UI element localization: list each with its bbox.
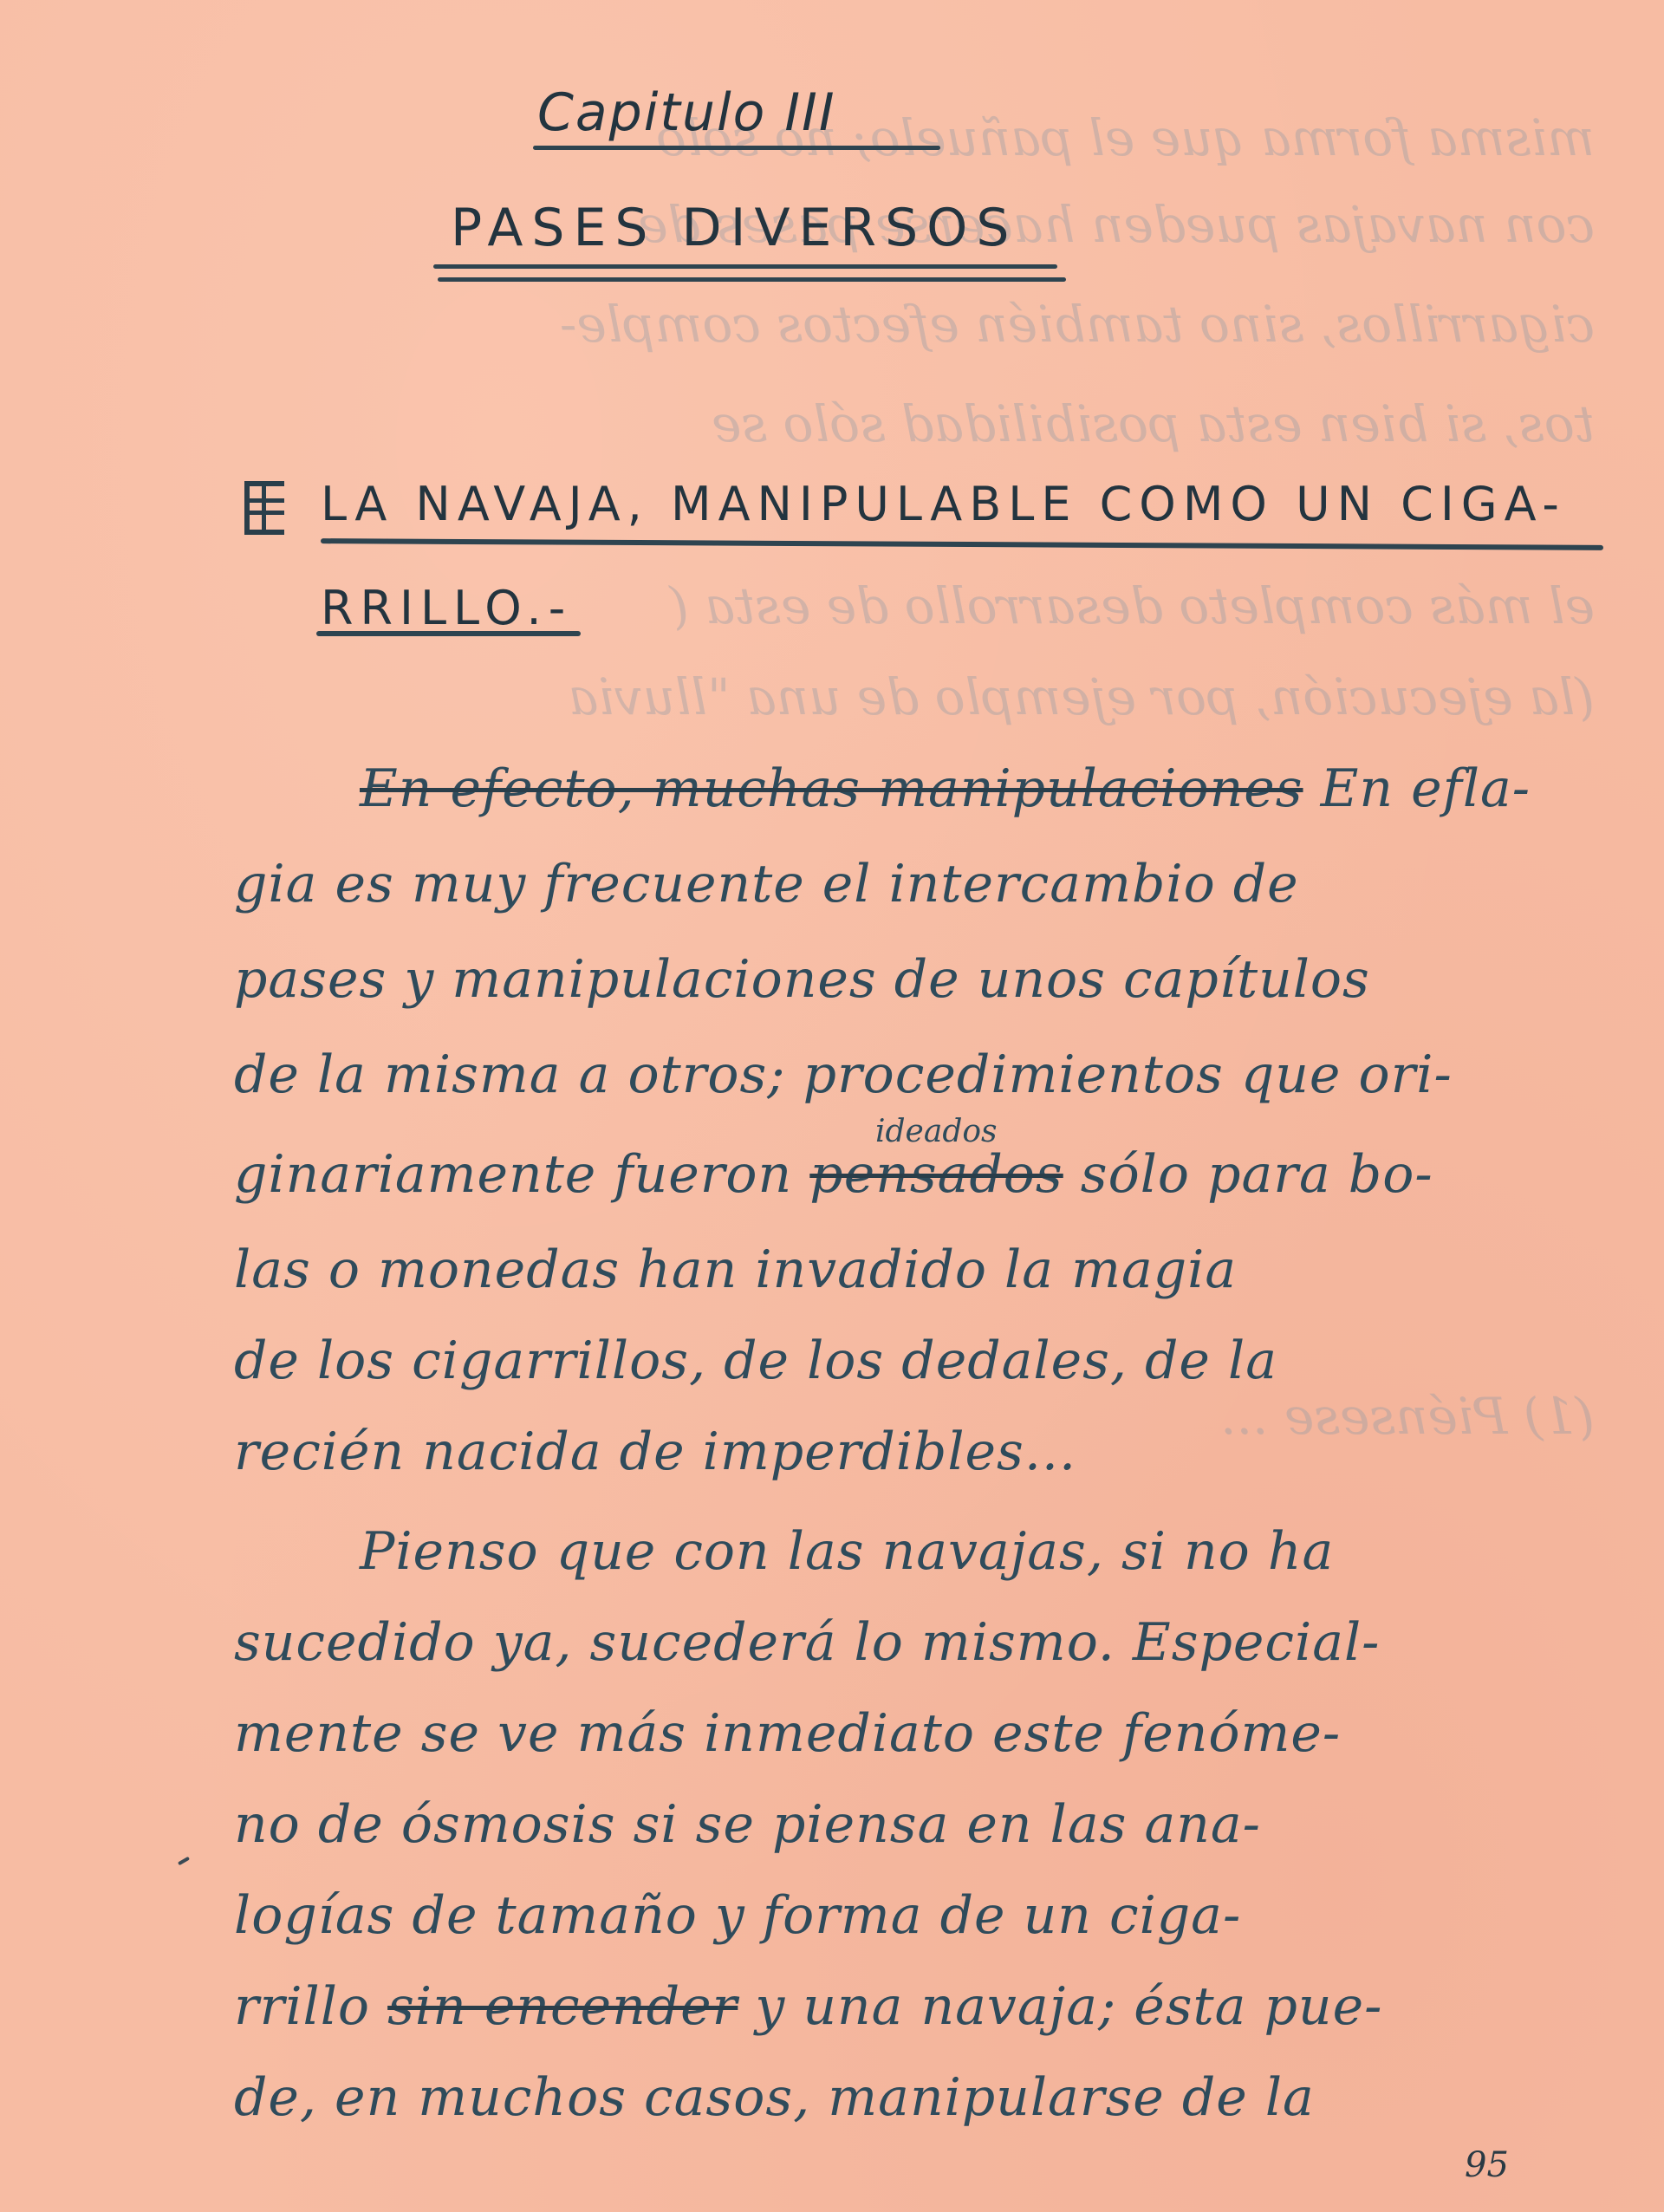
page-number: 95: [1465, 2145, 1509, 2185]
body-line: Pienso que con las navajas, si no ha: [360, 1521, 1664, 1582]
body-line: En efecto, muchas manipulaciones En efla…: [360, 758, 1664, 819]
body-line: gia es muy frecuente el intercambio de: [234, 854, 1629, 914]
line-text: rrillo: [234, 1976, 387, 2037]
line-text: ginariamente fueron: [234, 1144, 809, 1205]
body-line: logías de tamaño y forma de un ciga-: [234, 1885, 1629, 1946]
section-mark-icon: [244, 481, 284, 535]
struck-text: sin encender: [387, 1976, 738, 2037]
section-title-line-1: LA NAVAJA, MANIPULABLE COMO UN CIGA-: [321, 477, 1566, 531]
body-line: de la misma a otros; procedimientos que …: [234, 1044, 1629, 1105]
manuscript-page: misma forma que el pañuelo; no solo con …: [0, 0, 1664, 2212]
chapter-underline: [533, 146, 940, 150]
body-line: recién nacida de imperdibles...: [234, 1422, 1629, 1482]
body-line: pases y manipulaciones de unos capítulos: [234, 949, 1629, 1010]
body-line: de, en muchos casos, manipularse de la: [234, 2067, 1629, 2128]
line-text: En efla-: [1303, 758, 1531, 819]
body-line: mente se ve más inmediato este fenóme-: [234, 1703, 1629, 1764]
section-title-underline-2: [316, 631, 581, 636]
struck-text: En efecto, muchas manipulaciones: [360, 758, 1303, 819]
section-title-underline-1: [321, 538, 1603, 550]
bleed-through-line: cigarrillos, sino también efectos comple…: [251, 295, 1595, 354]
chapter-heading: Capitulo III: [537, 82, 836, 143]
stray-ink-mark: [178, 1857, 190, 1865]
title-underline-1: [433, 264, 1057, 269]
body-line: de los cigarrillos, de los dedales, de l…: [234, 1330, 1629, 1391]
bleed-through-line: (la ejecución, por ejemplo de una "lluvi…: [251, 667, 1595, 726]
bleed-through-layer: misma forma que el pañuelo; no solo con …: [0, 0, 1664, 2212]
bleed-through-line: misma forma que el pañuelo; no solo: [251, 108, 1595, 167]
body-line: ginariamente fueron pensados sólo para b…: [234, 1144, 1629, 1205]
line-text: y una navaja; ésta pue-: [738, 1976, 1382, 2037]
chapter-title: PASES DIVERSOS: [451, 198, 1017, 258]
struck-text: pensados: [809, 1144, 1063, 1205]
section-title-line-2: RRILLO.-: [321, 581, 572, 635]
body-line: las o monedas han invadido la magia: [234, 1239, 1629, 1300]
bleed-through-line: tos, si bien esta posibilidad sólo se: [251, 394, 1595, 453]
title-underline-2: [438, 277, 1066, 282]
line-text: sólo para bo-: [1063, 1144, 1433, 1205]
body-line: no de ósmosis si se piensa en las ana-: [234, 1794, 1629, 1855]
body-line: rrillo sin encender y una navaja; ésta p…: [234, 1976, 1629, 2037]
body-line: sucedido ya, sucederá lo mismo. Especial…: [234, 1612, 1629, 1673]
